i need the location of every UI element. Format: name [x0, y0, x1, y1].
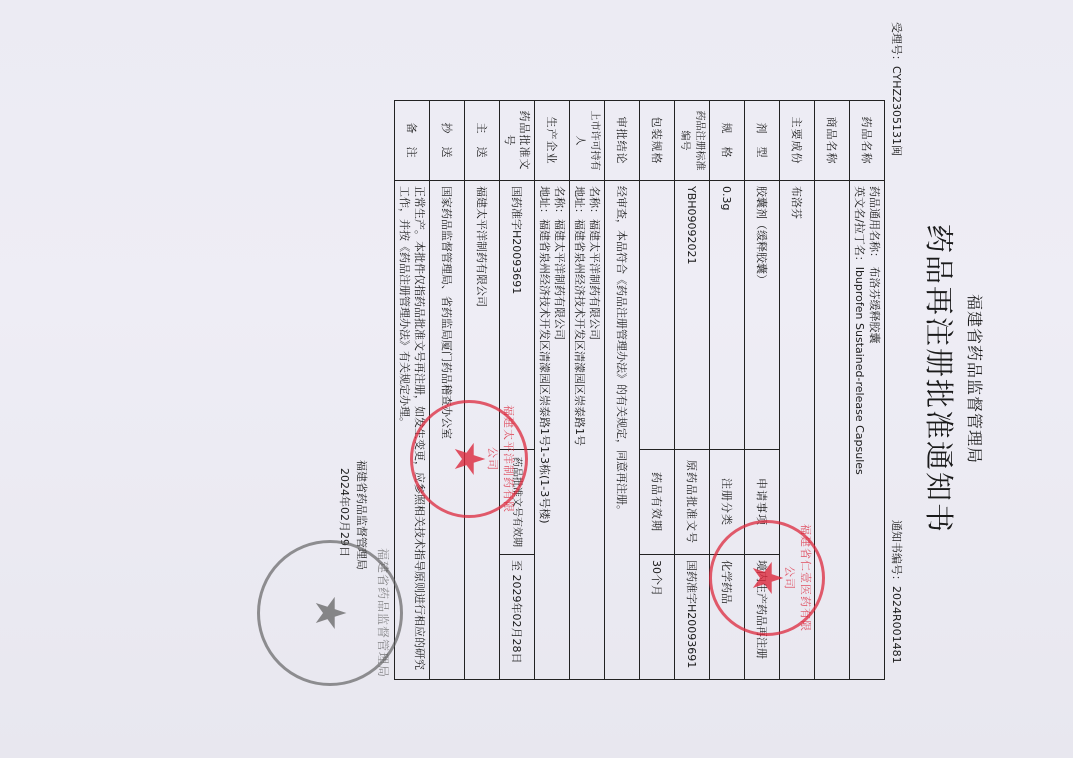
- application-item-value: 境内生产药品再注册: [745, 555, 780, 680]
- issue-date: 2024年02月29日: [337, 468, 353, 557]
- package-spec-value: [640, 181, 675, 450]
- manufacturer-name: 名称：福建太平洋制药有限公司: [552, 186, 567, 674]
- table-row: 主 送 福建太平洋制药有限公司: [465, 101, 500, 680]
- notice-number-label: 通知书编号：: [890, 520, 903, 586]
- drug-name-value: 药品通用名称： 布洛芬缓释胶囊 英文名/拉丁名：Ibuprofen Sustai…: [850, 181, 885, 680]
- mah-address: 地址：福建省泉州经济技术开发区清濛园区崇泰路1号: [572, 186, 587, 674]
- issuer-signature: 福建省药品监督管理局: [354, 460, 370, 570]
- approval-no-value: 国药准字H20093691: [500, 181, 535, 450]
- main-recipient-label: 主 送: [465, 101, 500, 181]
- trade-name-label: 商品名称: [815, 101, 850, 181]
- main-recipient-value: 福建太平洋制药有限公司: [465, 181, 500, 680]
- table-row: 审批结论 经审查，本品符合《药品注册管理办法》的有关规定，同意再注册。: [605, 101, 640, 680]
- table-row: 剂 型 胶囊剂（缓释胶囊） 申请事项 境内生产药品再注册: [745, 101, 780, 680]
- table-row: 生产企业 名称：福建太平洋制药有限公司 地址：福建省泉州经济技术开发区清濛园区崇…: [535, 101, 570, 680]
- remark-value: 正常生产。本批件仅指药品批准文号再注册，如发生变更，应参照相关技术指导原则进行相…: [395, 181, 430, 680]
- table-row: 规 格 0.3g 注册分类 化学药品: [710, 101, 745, 680]
- manufacturer-value: 名称：福建太平洋制药有限公司 地址：福建省泉州经济技术开发区清濛园区崇泰路1号1…: [535, 181, 570, 680]
- standard-no-label: 药品注册标准编号: [675, 101, 710, 181]
- mah-label: 上市许可持有人: [570, 101, 605, 181]
- acceptance-number: 受理号：CYHZ2305131闽: [889, 22, 905, 156]
- original-approval-no-label: 原药品批准文号: [675, 450, 710, 555]
- table-row: 商品名称: [815, 101, 850, 680]
- remark-label: 备 注: [395, 101, 430, 181]
- document-title: 药品再注册批准通知书: [920, 0, 961, 758]
- table-row: 药品注册标准编号 YBH09092021 原药品批准文号 国药准字H200936…: [675, 101, 710, 680]
- mah-value: 名称：福建太平洋制药有限公司 地址：福建省泉州经济技术开发区清濛园区崇泰路1号: [570, 181, 605, 680]
- conclusion-label: 审批结论: [605, 101, 640, 181]
- star-icon: ★: [309, 594, 351, 632]
- notice-number: 通知书编号：2024R001481: [889, 520, 905, 664]
- issuing-organization: 福建省药品监督管理局: [964, 0, 987, 758]
- manufacturer-label: 生产企业: [535, 101, 570, 181]
- remark-text: 本批件仅指药品批准文号再注册，如发生变更，应参照相关技术指导原则进行相应的研究工…: [398, 186, 426, 670]
- conclusion-value: 经审查，本品符合《药品注册管理办法》的有关规定，同意再注册。: [605, 181, 640, 680]
- seal-text: 福建省药品监督管理局: [375, 543, 392, 683]
- table-row: 上市许可持有人 名称：福建太平洋制药有限公司 地址：福建省泉州经济技术开发区清濛…: [570, 101, 605, 680]
- table-row: 主要成份 布洛芬: [780, 101, 815, 680]
- table-row: 药品批准文号 国药准字H20093691 药品批准文号有效期 至 2029年02…: [500, 101, 535, 680]
- spec-value: 0.3g: [710, 181, 745, 450]
- table-row: 包装规格 药品有效期 30个月: [640, 101, 675, 680]
- approval-table: 药品名称 药品通用名称： 布洛芬缓释胶囊 英文名/拉丁名：Ibuprofen S…: [394, 100, 885, 680]
- acceptance-number-label: 受理号：: [890, 22, 903, 66]
- validity-value: 30个月: [640, 555, 675, 680]
- registration-class-value: 化学药品: [710, 555, 745, 680]
- generic-name: 药品通用名称： 布洛芬缓释胶囊: [867, 186, 882, 674]
- original-approval-no-value: 国药准字H20093691: [675, 555, 710, 680]
- main-ingredient-label: 主要成份: [780, 101, 815, 181]
- dosage-form-value: 胶囊剂（缓释胶囊）: [745, 181, 780, 450]
- notice-number-value: 2024R001481: [890, 586, 903, 664]
- validity-label: 药品有效期: [640, 450, 675, 555]
- remark-prefix: 正常生产。: [413, 186, 426, 241]
- table-row: 抄 送 国家药品监督管理局、省药监局厦门药品稽查办公室: [430, 101, 465, 680]
- trade-name-value: [815, 181, 850, 680]
- notice-page: 福建省药品监督管理局 药品再注册批准通知书 受理号：CYHZ2305131闽 通…: [0, 0, 1073, 758]
- application-item-label: 申请事项: [745, 450, 780, 555]
- package-spec-label: 包装规格: [640, 101, 675, 181]
- main-ingredient-value: 布洛芬: [780, 181, 815, 680]
- registration-class-label: 注册分类: [710, 450, 745, 555]
- approval-no-label: 药品批准文号: [500, 101, 535, 181]
- agency-seal-stamp: 福建省药品监督管理局 ★: [257, 540, 403, 686]
- mah-name: 名称：福建太平洋制药有限公司: [587, 186, 602, 674]
- acceptance-number-value: CYHZ2305131闽: [890, 66, 903, 156]
- cc-label: 抄 送: [430, 101, 465, 181]
- spec-label: 规 格: [710, 101, 745, 181]
- standard-no-value: YBH09092021: [675, 181, 710, 450]
- english-name: 英文名/拉丁名：Ibuprofen Sustained-release Caps…: [852, 186, 867, 674]
- table-row: 药品名称 药品通用名称： 布洛芬缓释胶囊 英文名/拉丁名：Ibuprofen S…: [850, 101, 885, 680]
- drug-name-label: 药品名称: [850, 101, 885, 181]
- cc-value: 国家药品监督管理局、省药监局厦门药品稽查办公室: [430, 181, 465, 680]
- approval-validity-value: 至 2029年02月28日: [500, 555, 535, 680]
- table-row: 备 注 正常生产。本批件仅指药品批准文号再注册，如发生变更，应参照相关技术指导原…: [395, 101, 430, 680]
- dosage-form-label: 剂 型: [745, 101, 780, 181]
- approval-validity-label: 药品批准文号有效期: [500, 450, 535, 555]
- manufacturer-address: 地址：福建省泉州经济技术开发区清濛园区崇泰路1号1-3栋(1-3号楼): [537, 186, 552, 674]
